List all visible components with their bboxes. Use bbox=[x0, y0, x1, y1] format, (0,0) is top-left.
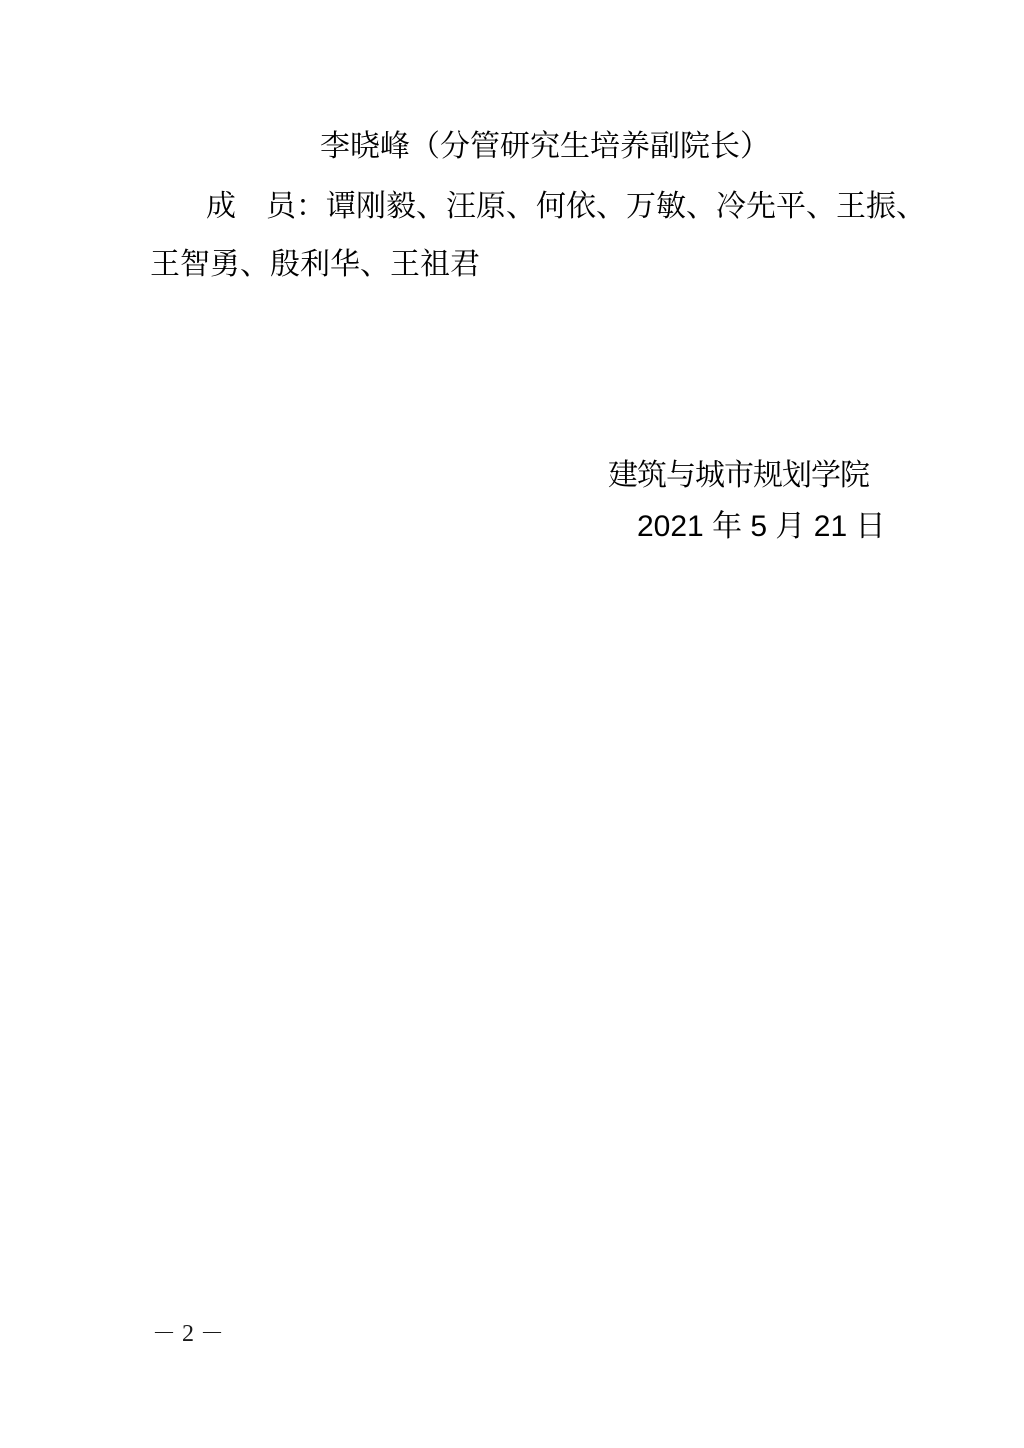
document-page: 李晓峰（分管研究生培养副院长） 成 员：谭刚毅、汪原、何依、万敏、冷先平、王振、… bbox=[0, 0, 1024, 1448]
page-number: － 2 － bbox=[152, 1322, 224, 1346]
signature-organization: 建筑与城市规划学院 bbox=[608, 461, 869, 491]
deputy-leader-line: 李晓峰（分管研究生培养副院长） bbox=[320, 132, 770, 162]
members-line-2: 王智勇、殷利华、王祖君 bbox=[150, 250, 480, 280]
members-line-1: 成 员：谭刚毅、汪原、何依、万敏、冷先平、王振、 bbox=[206, 192, 926, 222]
signature-date: 2021 年 5 月 21 日 bbox=[637, 512, 885, 542]
